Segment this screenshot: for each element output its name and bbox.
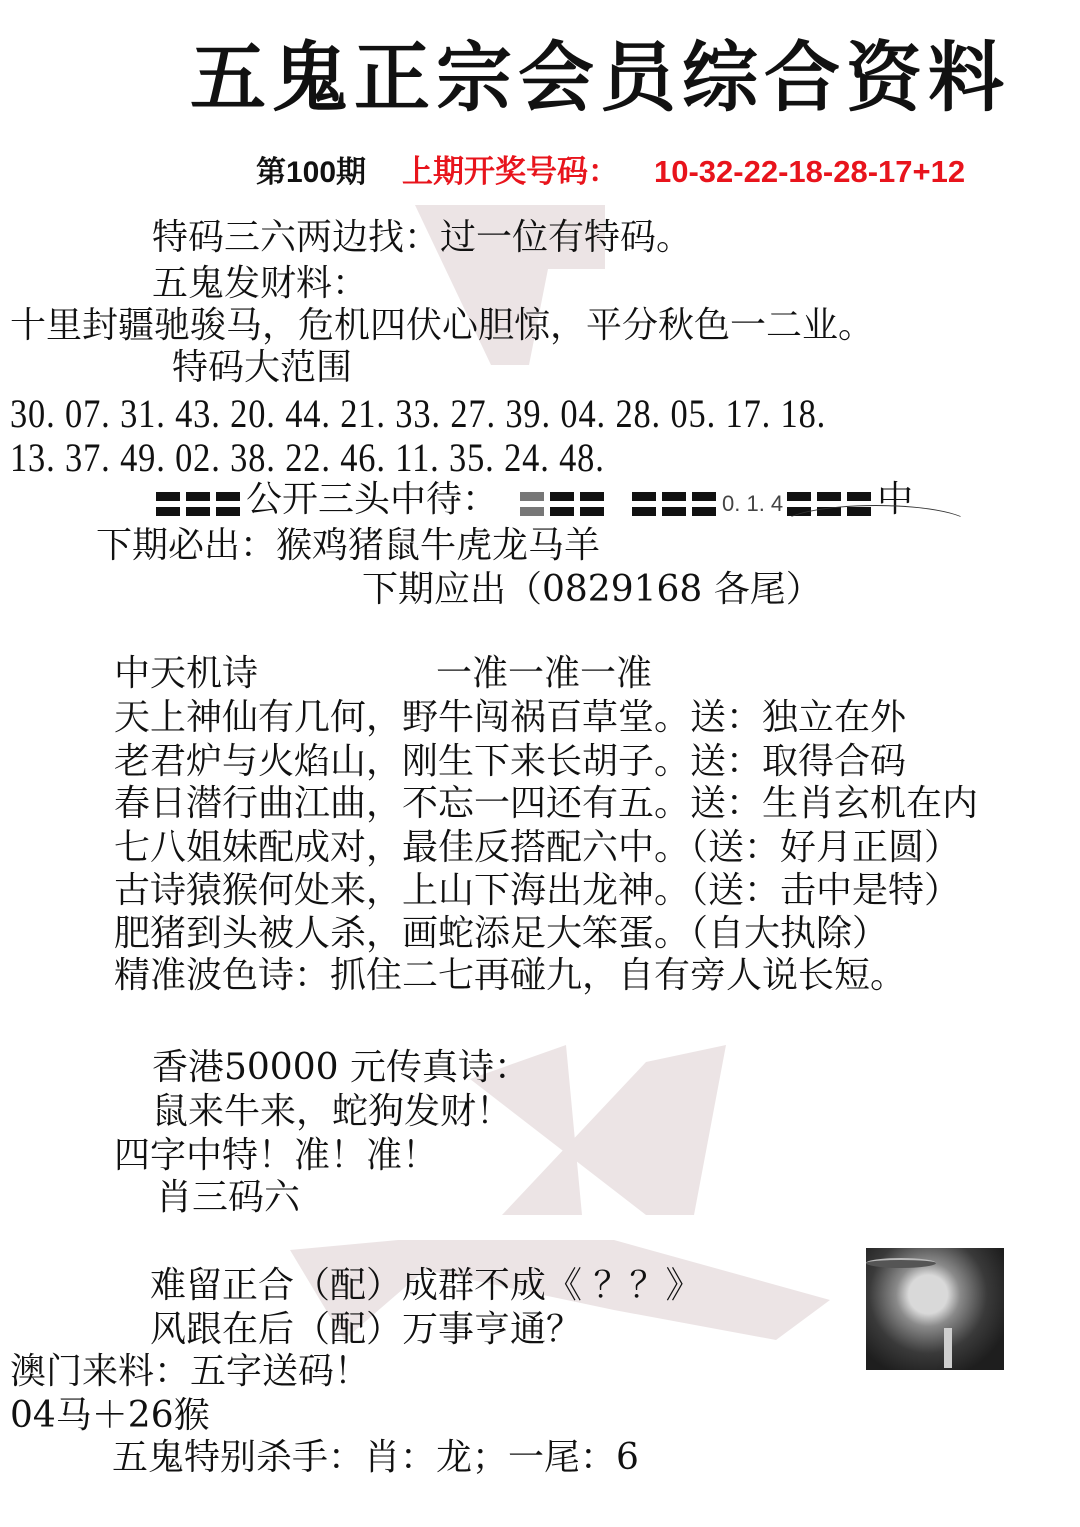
tie-shape	[944, 1328, 952, 1368]
fortune-label: 五鬼发财料：	[152, 266, 368, 302]
riddle-line-1: 难留正合（配）成群不成《 ？？》	[150, 1268, 701, 1304]
three-heads-label: 公开三头中待：	[246, 479, 498, 520]
handwritten-mark	[780, 505, 972, 547]
hk-title: 香港50000 元传真诗：	[152, 1050, 530, 1086]
hat-shape	[866, 1258, 936, 1268]
redacted-bars	[520, 484, 610, 520]
range-row-2: 13. 37. 49. 02. 38. 22. 46. 11. 35. 24. …	[10, 438, 605, 478]
redacted-bars	[632, 484, 722, 520]
hk-line-1: 鼠来牛来，蛇狗发财！	[152, 1094, 512, 1130]
poem-line: 老君炉与火焰山，刚生下来长胡子。送：取得合码	[114, 744, 906, 780]
fortune-poem: 十里封疆驰骏马，危机四伏心胆惊，平分秋色一二业。	[10, 308, 874, 344]
page-title: 五鬼正宗会员综合资料	[190, 40, 1010, 116]
should-appear: 下期应出（0829168 各尾）	[362, 572, 822, 608]
hk-line-3: 肖三码六	[156, 1180, 300, 1216]
riddle-line-2: 风跟在后（配）万事亨通？	[150, 1312, 582, 1348]
last-draw-label: 上期开奖号码：	[402, 156, 619, 187]
last-draw-numbers: 10-32-22-18-28-17+12	[654, 156, 965, 187]
range-row-1: 30. 07. 31. 43. 20. 44. 21. 33. 27. 39. …	[10, 394, 826, 434]
poem-line: 精准波色诗：抓住二七再碰九，自有旁人说长短。	[114, 958, 906, 994]
special-hint: 特码三六两边找：过一位有特码。	[152, 220, 692, 256]
redacted-bars	[156, 484, 246, 520]
three-heads-digits: 0. 1. 4	[722, 491, 783, 516]
poem-line: 肥猪到头被人杀，画蛇添足大笨蛋。（自大执除）	[114, 916, 888, 952]
portrait-photo-icon	[866, 1248, 1004, 1370]
poem-heading: 中天机诗	[114, 656, 258, 692]
poem-line: 古诗猿猴何处来，上山下海出龙神。（送：击中是特）	[114, 873, 960, 909]
macau-title: 澳门来料：五字送码！	[10, 1354, 370, 1390]
poem-line: 天上神仙有几何，野牛闯祸百草堂。送：独立在外	[114, 700, 906, 736]
macau-numbers: 04马＋26猴	[10, 1398, 210, 1434]
hk-line-2: 四字中特！准！准！	[114, 1138, 438, 1174]
macau-killer: 五鬼特别杀手：肖：龙；一尾：6	[112, 1440, 639, 1476]
poem-line: 七八姐妹配成对，最佳反搭配六中。（送：好月正圆）	[114, 830, 960, 866]
issue-number: 第100期	[256, 158, 366, 188]
poem-line: 春日潜行曲江曲，不忘一四还有五。送：生肖玄机在内	[114, 786, 978, 822]
range-label: 特码大范围	[172, 350, 352, 386]
must-appear: 下期必出：猴鸡猪鼠牛虎龙马羊	[96, 528, 600, 564]
poem-heading-note: 一准一准一准	[436, 656, 652, 692]
